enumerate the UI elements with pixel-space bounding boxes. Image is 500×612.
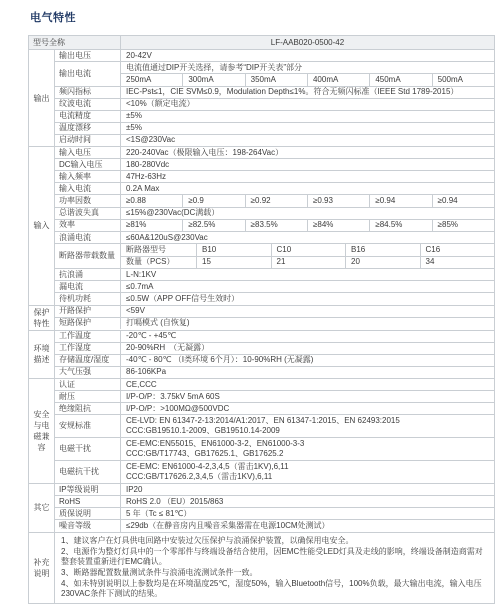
value-line: CCC:GB/T17743、GB17625.1、GB17625.2 bbox=[126, 449, 283, 459]
spec-row: 待机功耗≤0.5W（APP OFF信号生效时） bbox=[55, 293, 494, 305]
spec-label: 总谐波失真 bbox=[55, 208, 121, 219]
spec-label: 安规标准 bbox=[55, 415, 121, 437]
value-line: CE-EMC: EN61000-4-2,3,4,5（雷击1KV),6,11 bbox=[126, 462, 289, 472]
spec-label: 大气压强 bbox=[55, 367, 121, 379]
spec-row: 功率因数≥0.88≥0.9≥0.92≥0.93≥0.94≥0.94 bbox=[55, 195, 494, 208]
spec-value: 打嗝模式 (自恢复) bbox=[121, 318, 494, 330]
category-cell: 输出 bbox=[29, 50, 55, 146]
value-cell: 数量（PCS） bbox=[121, 257, 197, 269]
model-header-row: 型号全称LF-AAB020-0500-42 bbox=[29, 36, 494, 50]
spec-value: 47Hz-63Hz bbox=[121, 171, 494, 182]
value-cells: ≥0.88≥0.9≥0.92≥0.93≥0.94≥0.94 bbox=[121, 195, 494, 207]
spec-row: 大气压强86-106KPa bbox=[55, 367, 494, 379]
spec-row: 安规标准CE-LVD: EN 61347-2-13:2014/A1:2017、E… bbox=[55, 415, 494, 438]
value-cell: 15 bbox=[197, 257, 272, 269]
spec-label: 断路器带载数量 bbox=[55, 244, 121, 268]
spec-row: DC输入电压180-280Vdc bbox=[55, 159, 494, 171]
value-cell: ≥81% bbox=[121, 220, 183, 232]
spec-row: 认证CE,CCC bbox=[55, 379, 494, 391]
value-line: CCC:GB19510.1-2009、GB19510.14-2009 bbox=[126, 426, 280, 436]
section-rows: 认证CE,CCC耐压I/P-O/P：3.75kV 5mA 60S绝缘阻抗I/P-… bbox=[55, 379, 494, 483]
note-line: 4、如未特别说明以上参数均是在环境温度25℃，湿度50%，输入Bluetooth… bbox=[61, 579, 488, 600]
category-cell: 其它 bbox=[29, 484, 55, 532]
spec-label: 工作温度 bbox=[55, 331, 121, 342]
value-stack: 断路器型号B10C10B16C16数量（PCS）15212034 bbox=[121, 244, 494, 268]
spec-row: 断路器带载数量断路器型号B10C10B16C16数量（PCS）15212034 bbox=[55, 244, 494, 269]
section-rows: 开路保护<59V短路保护打嗝模式 (自恢复) bbox=[55, 306, 494, 330]
spec-row: 电磁抗干扰CE-EMC: EN61000-4-2,3,4,5（雷击1KV),6,… bbox=[55, 461, 494, 483]
value-cell: ≥0.94 bbox=[370, 195, 432, 207]
spec-value: -40℃ - 80℃ （Ⅰ类环境 6个月）：10-90%RH (无凝露) bbox=[121, 355, 494, 366]
spec-row: 输入电流0.2A Max bbox=[55, 183, 494, 195]
value-cell: ≥0.88 bbox=[121, 195, 183, 207]
value-cell: B10 bbox=[197, 244, 272, 256]
spec-label: 电磁干扰 bbox=[55, 438, 121, 460]
value-cell: ≥0.9 bbox=[183, 195, 245, 207]
spec-label: 输入电流 bbox=[55, 183, 121, 194]
spec-label: 启动时间 bbox=[55, 135, 121, 147]
value-cell: ≥0.93 bbox=[308, 195, 370, 207]
spec-label: 频闪指标 bbox=[55, 87, 121, 98]
spec-label: 浪涌电流 bbox=[55, 232, 121, 243]
category-cell: 保护特性 bbox=[29, 306, 55, 330]
value-line: CE-LVD: EN 61347-2-13:2014/A1:2017、EN 61… bbox=[126, 416, 400, 426]
value-cell: 21 bbox=[272, 257, 347, 269]
value-cell: ≥0.92 bbox=[246, 195, 308, 207]
value-cell: 250mA bbox=[121, 74, 183, 86]
spec-value: 5 年（Tc ≤ 81℃） bbox=[121, 508, 494, 519]
value-cell: ≥82.5% bbox=[183, 220, 245, 232]
model-name-label: 型号全称 bbox=[29, 36, 121, 49]
spec-label: 质保说明 bbox=[55, 508, 121, 519]
spec-value: ≤0.5W（APP OFF信号生效时） bbox=[121, 293, 494, 305]
spec-label: IP等级说明 bbox=[55, 484, 121, 495]
value-cells: 断路器型号B10C10B16C16 bbox=[121, 244, 494, 257]
value-cell: 350mA bbox=[246, 74, 308, 86]
spec-table: 型号全称LF-AAB020-0500-42输出输出电压20-42V输出电流电流值… bbox=[28, 35, 495, 604]
spec-label: 输出电压 bbox=[55, 50, 121, 61]
section-rows: IP等级说明IP20RoHSRoHS 2.0 （EU）2015/863质保说明5… bbox=[55, 484, 494, 532]
category-cell: 输入 bbox=[29, 147, 55, 305]
spec-value: L-N:1KV bbox=[121, 269, 494, 280]
value-cell: ≥83.5% bbox=[246, 220, 308, 232]
spec-row: 存储温度/湿度-40℃ - 80℃ （Ⅰ类环境 6个月）：10-90%RH (无… bbox=[55, 355, 494, 367]
spec-row: 耐压I/P-O/P：3.75kV 5mA 60S bbox=[55, 391, 494, 403]
spec-row: 浪涌电流≤60A&120uS@230Vac bbox=[55, 232, 494, 244]
spec-label: 耐压 bbox=[55, 391, 121, 402]
value-cell: C16 bbox=[421, 244, 495, 256]
spec-label: DC输入电压 bbox=[55, 159, 121, 170]
spec-label: 纹波电流 bbox=[55, 99, 121, 110]
spec-label: 电磁抗干扰 bbox=[55, 461, 121, 483]
spec-value: ≤60A&120uS@230Vac bbox=[121, 232, 494, 243]
notes-list: 1、建议客户在灯具供电回路中安装过欠压保护与浪涌保护装置，以确保用电安全。2、电… bbox=[55, 533, 494, 603]
value-cells: 数量（PCS）15212034 bbox=[121, 257, 494, 269]
value-cell: ≥0.94 bbox=[433, 195, 494, 207]
spec-label: 输入频率 bbox=[55, 171, 121, 182]
spec-label: 输出电流 bbox=[55, 62, 121, 86]
spec-row: 启动时间<1S@230Vac bbox=[55, 135, 494, 147]
value-cell: 500mA bbox=[433, 74, 494, 86]
spec-row: 输出电流电流值通过DIP开关选择，请参考“DIP开关表”部分250mA300mA… bbox=[55, 62, 494, 87]
spec-value: CE-EMC: EN61000-4-2,3,4,5（雷击1KV),6,11CCC… bbox=[121, 461, 494, 483]
spec-value: -20℃ - +45℃ bbox=[121, 331, 494, 342]
datasheet-page: 电气特性 型号全称LF-AAB020-0500-42输出输出电压20-42V输出… bbox=[0, 0, 500, 612]
spec-row: RoHSRoHS 2.0 （EU）2015/863 bbox=[55, 496, 494, 508]
spec-row: 输入电压220-240Vac（极限输入电压：198-264Vac） bbox=[55, 147, 494, 159]
spec-value: RoHS 2.0 （EU）2015/863 bbox=[121, 496, 494, 507]
spec-row: 输入频率47Hz-63Hz bbox=[55, 171, 494, 183]
spec-value: I/P-O/P：>100MΩ@500VDC bbox=[121, 403, 494, 414]
model-name-value: LF-AAB020-0500-42 bbox=[121, 36, 494, 49]
spec-row: 噪音等级≤29db（在静音房内且噪音采集器需在电源10CM处测试） bbox=[55, 520, 494, 532]
spec-row: 漏电流≤0.7mA bbox=[55, 281, 494, 293]
spec-row: 短路保护打嗝模式 (自恢复) bbox=[55, 318, 494, 330]
spec-value: 180-280Vdc bbox=[121, 159, 494, 170]
category-cell: 安全与电磁兼容 bbox=[29, 379, 55, 483]
spec-value: 电流值通过DIP开关选择，请参考“DIP开关表”部分 bbox=[121, 62, 494, 74]
spec-row: 电磁干扰CE-EMC:EN55015、EN61000-3-2、EN61000-3… bbox=[55, 438, 494, 461]
value-stack: 电流值通过DIP开关选择，请参考“DIP开关表”部分250mA300mA350m… bbox=[121, 62, 494, 86]
section-rows: 工作温度-20℃ - +45℃工作湿度20-90%RH （无凝露）存储温度/湿度… bbox=[55, 331, 494, 379]
spec-label: 效率 bbox=[55, 220, 121, 232]
value-cell: ≥84.5% bbox=[370, 220, 432, 232]
spec-value: 86-106KPa bbox=[121, 367, 494, 379]
spec-value: I/P-O/P：3.75kV 5mA 60S bbox=[121, 391, 494, 402]
spec-label: 漏电流 bbox=[55, 281, 121, 292]
spec-value: 20-90%RH （无凝露） bbox=[121, 343, 494, 354]
spec-row: 绝缘阻抗I/P-O/P：>100MΩ@500VDC bbox=[55, 403, 494, 415]
spec-label: 输入电压 bbox=[55, 147, 121, 158]
spec-section: 输入输入电压220-240Vac（极限输入电压：198-264Vac）DC输入电… bbox=[29, 147, 494, 306]
spec-value: IEC-Pst≤1，CIE SVM≤0.9，Modulation Depth≤1… bbox=[121, 87, 494, 98]
spec-row: 效率≥81%≥82.5%≥83.5%≥84%≥84.5%≥85% bbox=[55, 220, 494, 233]
value-cell: C10 bbox=[272, 244, 347, 256]
spec-row: 输出电压20-42V bbox=[55, 50, 494, 62]
value-cells: 250mA300mA350mA400mA450mA500mA bbox=[121, 74, 494, 86]
spec-value: CE,CCC bbox=[121, 379, 494, 390]
spec-value: <10%（额定电流） bbox=[121, 99, 494, 110]
value-cell: 300mA bbox=[183, 74, 245, 86]
spec-label: 抗浪涌 bbox=[55, 269, 121, 280]
spec-label: 工作湿度 bbox=[55, 343, 121, 354]
spec-row: 工作温度-20℃ - +45℃ bbox=[55, 331, 494, 343]
spec-section: 安全与电磁兼容认证CE,CCC耐压I/P-O/P：3.75kV 5mA 60S绝… bbox=[29, 379, 494, 484]
spec-row: IP等级说明IP20 bbox=[55, 484, 494, 496]
spec-section: 输出输出电压20-42V输出电流电流值通过DIP开关选择，请参考“DIP开关表”… bbox=[29, 50, 494, 147]
spec-row: 温度漂移±5% bbox=[55, 123, 494, 135]
value-cell: 450mA bbox=[370, 74, 432, 86]
spec-row: 抗浪涌L-N:1KV bbox=[55, 269, 494, 281]
spec-section: 其它IP等级说明IP20RoHSRoHS 2.0 （EU）2015/863质保说… bbox=[29, 484, 494, 533]
spec-row: 总谐波失真≤15%@230Vac(DC满载） bbox=[55, 208, 494, 220]
spec-value: ≤15%@230Vac(DC满载） bbox=[121, 208, 494, 219]
spec-value: 0.2A Max bbox=[121, 183, 494, 194]
spec-label: 待机功耗 bbox=[55, 293, 121, 305]
section-rows: 输入电压220-240Vac（极限输入电压：198-264Vac）DC输入电压1… bbox=[55, 147, 494, 305]
spec-section: 保护特性开路保护<59V短路保护打嗝模式 (自恢复) bbox=[29, 306, 494, 331]
spec-value: IP20 bbox=[121, 484, 494, 495]
value-cell: 断路器型号 bbox=[121, 244, 197, 256]
note-line: 1、建议客户在灯具供电回路中安装过欠压保护与浪涌保护装置，以确保用电安全。 bbox=[61, 536, 488, 547]
spec-label: 电流精度 bbox=[55, 111, 121, 122]
spec-section: 环境描述工作温度-20℃ - +45℃工作湿度20-90%RH （无凝露）存储温… bbox=[29, 331, 494, 380]
spec-label: 绝缘阻抗 bbox=[55, 403, 121, 414]
spec-label: RoHS bbox=[55, 496, 121, 507]
spec-value: <59V bbox=[121, 306, 494, 317]
note-line: 3、断路器配置数量测试条件与浪涌电流测试条件一致。 bbox=[61, 568, 488, 579]
value-cell: ≥85% bbox=[433, 220, 494, 232]
category-cell: 环境描述 bbox=[29, 331, 55, 379]
spec-label: 认证 bbox=[55, 379, 121, 390]
value-cell: 34 bbox=[421, 257, 495, 269]
spec-value: ≤0.7mA bbox=[121, 281, 494, 292]
category-cell: 补充说明 bbox=[29, 533, 55, 603]
spec-label: 开路保护 bbox=[55, 306, 121, 317]
value-cells: ≥81%≥82.5%≥83.5%≥84%≥84.5%≥85% bbox=[121, 220, 494, 232]
spec-label: 功率因数 bbox=[55, 195, 121, 207]
spec-label: 存储温度/湿度 bbox=[55, 355, 121, 366]
value-line: CE-EMC:EN55015、EN61000-3-2、EN61000-3-3 bbox=[126, 439, 304, 449]
value-cell: 20 bbox=[346, 257, 421, 269]
spec-row: 纹波电流<10%（额定电流） bbox=[55, 99, 494, 111]
spec-value: ±5% bbox=[121, 111, 494, 122]
spec-value: ≤29db（在静音房内且噪音采集器需在电源10CM处测试） bbox=[121, 520, 494, 532]
section-rows: 输出电压20-42V输出电流电流值通过DIP开关选择，请参考“DIP开关表”部分… bbox=[55, 50, 494, 146]
spec-label: 短路保护 bbox=[55, 318, 121, 330]
value-cell: 400mA bbox=[308, 74, 370, 86]
value-line: CCC:GB/T17626.2,3,4,5（雷击1KV),6,11 bbox=[126, 472, 272, 482]
spec-value: ±5% bbox=[121, 123, 494, 134]
spec-row: 开路保护<59V bbox=[55, 306, 494, 318]
spec-value: 220-240Vac（极限输入电压：198-264Vac） bbox=[121, 147, 494, 158]
spec-row: 电流精度±5% bbox=[55, 111, 494, 123]
spec-row: 质保说明5 年（Tc ≤ 81℃） bbox=[55, 508, 494, 520]
notes-section: 补充说明1、建议客户在灯具供电回路中安装过欠压保护与浪涌保护装置，以确保用电安全… bbox=[29, 533, 494, 603]
value-cell: ≥84% bbox=[308, 220, 370, 232]
spec-value: CE-EMC:EN55015、EN61000-3-2、EN61000-3-3CC… bbox=[121, 438, 494, 460]
spec-row: 工作湿度20-90%RH （无凝露） bbox=[55, 343, 494, 355]
page-title: 电气特性 bbox=[30, 9, 495, 25]
value-cell: B16 bbox=[346, 244, 421, 256]
spec-value: <1S@230Vac bbox=[121, 135, 494, 147]
spec-row: 频闪指标IEC-Pst≤1，CIE SVM≤0.9，Modulation Dep… bbox=[55, 87, 494, 99]
spec-label: 噪音等级 bbox=[55, 520, 121, 532]
spec-value: 20-42V bbox=[121, 50, 494, 61]
spec-label: 温度漂移 bbox=[55, 123, 121, 134]
spec-value: CE-LVD: EN 61347-2-13:2014/A1:2017、EN 61… bbox=[121, 415, 494, 437]
note-line: 2、电源作为整灯灯具中的一个零部件与终端设备结合使用，因EMC性能受LED灯具及… bbox=[61, 547, 488, 568]
